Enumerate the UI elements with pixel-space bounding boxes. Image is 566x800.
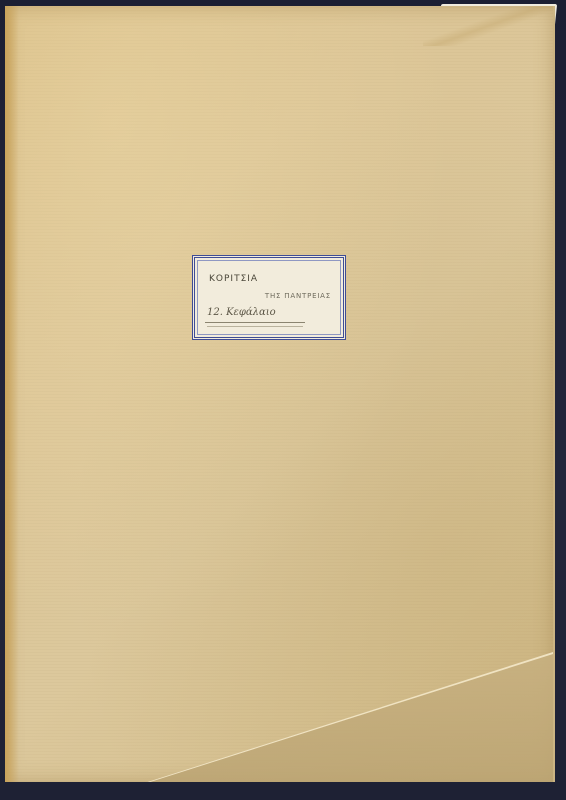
folder-cover: ΚΟΡΙΤΣΙΑ ΤΗΣ ΠΑΝΤΡΕΙΑΣ 12. Κεφάλαιο: [5, 6, 555, 782]
folder-bottom-flap: [5, 652, 553, 782]
label-subtitle: ΤΗΣ ΠΑΝΤΡΕΙΑΣ: [265, 292, 331, 300]
folder-top-crease: [423, 6, 553, 46]
label-underline-secondary: [207, 326, 303, 327]
folder-label: ΚΟΡΙΤΣΙΑ ΤΗΣ ΠΑΝΤΡΕΙΑΣ 12. Κεφάλαιο: [192, 255, 346, 340]
folder-left-edge: [5, 6, 19, 782]
label-title: ΚΟΡΙΤΣΙΑ: [209, 274, 258, 284]
label-underline: [205, 322, 305, 323]
label-handwritten-note: 12. Κεφάλαιο: [207, 307, 276, 318]
